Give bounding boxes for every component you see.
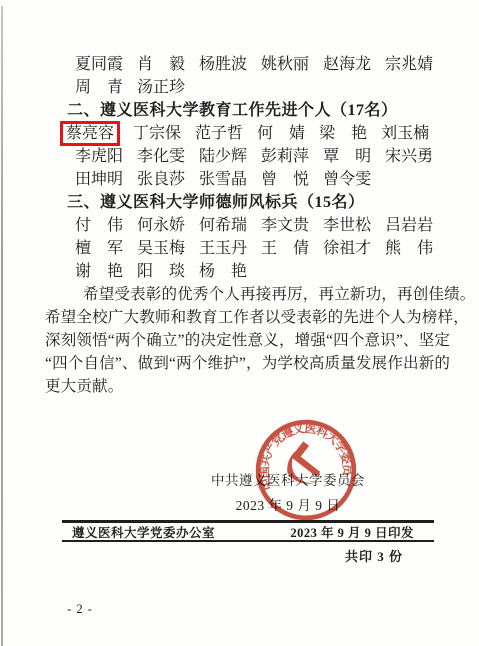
name-item: 谢 艳 bbox=[75, 260, 123, 283]
name-item: 姚秋丽 bbox=[261, 53, 309, 76]
name-item: 杨 艳 bbox=[199, 260, 247, 283]
closing-paragraph-line: 希望全校广大教师和教育工作者以受表彰的先进个人为榜样， bbox=[45, 306, 443, 329]
name-item: 徐祖才 bbox=[323, 237, 371, 260]
closing-paragraph-line: 更大贡献。 bbox=[45, 375, 443, 398]
footer-issuer: 遵义医科大学党委办公室 bbox=[72, 523, 215, 541]
closing-paragraph-line: “四个自信”、做到“两个维护”，为学校高质量发展作出新的 bbox=[45, 352, 443, 375]
scanned-document-page: 夏同霞肖 毅杨胜波姚秋丽赵海龙宗兆婧 周 青汤正珍 二、遵义医科大学教育工作先进… bbox=[0, 0, 479, 646]
name-item: 赵海龙 bbox=[323, 53, 371, 76]
document-body: 夏同霞肖 毅杨胜波姚秋丽赵海龙宗兆婧 周 青汤正珍 二、遵义医科大学教育工作先进… bbox=[45, 53, 443, 398]
name-item: 肖 毅 bbox=[137, 53, 185, 76]
name-item: 汤正珍 bbox=[137, 76, 185, 99]
name-item: 李世松 bbox=[323, 214, 371, 237]
names-row: 田坤明张良莎张雪晶曾 悦曾令雯 bbox=[45, 168, 443, 191]
official-seal: 中国共产党遵义医科大学委员会 bbox=[244, 408, 367, 531]
name-item: 周 青 bbox=[75, 76, 123, 99]
names-row: 李虎阳李化雯陆少辉彭莉萍覃 明宋兴勇 bbox=[45, 145, 443, 168]
name-item: 田坤明 bbox=[75, 168, 123, 191]
name-item: 付 伟 bbox=[75, 214, 123, 237]
name-item: 宗兆婧 bbox=[385, 53, 433, 76]
names-row: 夏同霞肖 毅杨胜波姚秋丽赵海龙宗兆婧 bbox=[45, 53, 443, 76]
highlighted-name-box: 蔡亮容 bbox=[60, 121, 120, 146]
name-item: 宋兴勇 bbox=[385, 145, 433, 168]
name-item: 李虎阳 bbox=[75, 145, 123, 168]
name-item: 曾 悦 bbox=[261, 168, 309, 191]
name-item: 范子哲 bbox=[195, 122, 243, 145]
name-item: 王玉丹 bbox=[199, 237, 247, 260]
name-item: 吴玉梅 bbox=[137, 237, 185, 260]
name-item: 杨胜波 bbox=[199, 53, 247, 76]
closing-paragraph-line: 深刻领悟“两个确立”的决定性意义，增强“四个意识”、坚定 bbox=[45, 329, 443, 352]
name-item: 曾令雯 bbox=[323, 168, 371, 191]
section-3-heading: 三、遵义医科大学师德师风标兵（15名） bbox=[45, 191, 443, 214]
name-item: 陆少辉 bbox=[199, 145, 247, 168]
scan-edge-artifact bbox=[1, 6, 3, 646]
name-item: 檀 军 bbox=[75, 237, 123, 260]
closing-paragraph-line: 希望受表彰的优秀个人再接再厉，再立新功，再创佳绩。 bbox=[45, 283, 443, 306]
names-row: 付 伟何永娇何希瑞李文贵李世松吕岩岩 bbox=[45, 214, 443, 237]
names-row: 丁宗保范子哲何 婧梁 艳刘玉楠 bbox=[133, 122, 429, 145]
page-number: - 2 - bbox=[58, 602, 102, 617]
name-item: 王 倩 bbox=[261, 237, 309, 260]
footer-row: 遵义医科大学党委办公室 2023 年 9 月 9 日印发 bbox=[62, 523, 434, 540]
names-row: 谢 艳阳 琰杨 艳 bbox=[45, 260, 443, 283]
name-item: 阳 琰 bbox=[137, 260, 185, 283]
name-item: 何永娇 bbox=[137, 214, 185, 237]
name-item: 刘玉楠 bbox=[381, 122, 429, 145]
name-item: 熊 伟 bbox=[385, 237, 433, 260]
names-row: 周 青汤正珍 bbox=[45, 76, 443, 99]
name-item: 何 婧 bbox=[257, 122, 305, 145]
footer-print-date: 2023 年 9 月 9 日印发 bbox=[290, 523, 414, 541]
names-row-with-highlight: 蔡亮容 丁宗保范子哲何 婧梁 艳刘玉楠 bbox=[45, 122, 443, 145]
name-item: 李文贵 bbox=[261, 214, 309, 237]
name-item: 张良莎 bbox=[137, 168, 185, 191]
name-item: 丁宗保 bbox=[133, 122, 181, 145]
footer-rule-bottom bbox=[62, 540, 434, 542]
name-item: 梁 艳 bbox=[319, 122, 367, 145]
copies-count: 共印 3 份 bbox=[345, 546, 403, 565]
section-2-heading: 二、遵义医科大学教育工作先进个人（17名） bbox=[45, 99, 443, 122]
name-item: 覃 明 bbox=[323, 145, 371, 168]
hammer-sickle-icon bbox=[282, 439, 325, 488]
name-item: 何希瑞 bbox=[199, 214, 247, 237]
names-row: 檀 军吴玉梅王玉丹王 倩徐祖才熊 伟 bbox=[45, 237, 443, 260]
name-item: 夏同霞 bbox=[75, 53, 123, 76]
name-item: 吕岩岩 bbox=[385, 214, 433, 237]
name-item: 彭莉萍 bbox=[261, 145, 309, 168]
name-item: 张雪晶 bbox=[199, 168, 247, 191]
name-item: 李化雯 bbox=[137, 145, 185, 168]
